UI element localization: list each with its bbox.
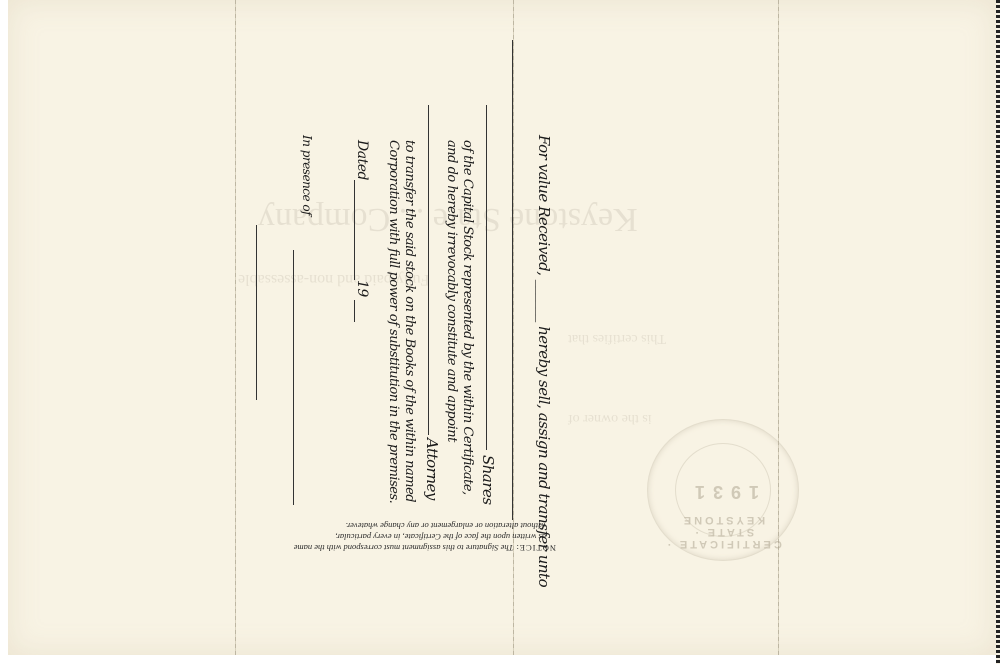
presence-label: In presence of <box>300 135 314 215</box>
show-through-line-c: is the owner of <box>568 410 652 426</box>
year-line <box>354 300 355 322</box>
perforated-right-edge <box>996 0 1000 664</box>
notice-line-3: without alteration or enlargement or any… <box>266 520 556 531</box>
witness-signature-line <box>293 250 294 505</box>
notice-label: NOTICE: <box>515 543 556 553</box>
fold-line-left <box>235 0 236 655</box>
notice-line-1: The Signature to this assignment must co… <box>294 543 514 553</box>
year-prefix: 19 <box>354 280 370 297</box>
assignment-line-5: Corporation with full power of substitut… <box>386 140 401 503</box>
shares-label: Shares <box>479 455 497 505</box>
assignee-line <box>512 40 513 520</box>
dated-label: Dated <box>354 140 370 180</box>
show-through-line-b: This certifies that <box>568 330 666 346</box>
certificate-back-sheet: Keystone State ... Company Fully paid an… <box>8 0 996 655</box>
attorney-line <box>428 105 429 435</box>
assignor-signature-line <box>256 225 257 400</box>
assignment-line-4: to transfer the said stock on the Books … <box>402 140 417 502</box>
date-line <box>354 180 355 280</box>
notice-text: NOTICE: The Signature to this assignment… <box>266 520 556 553</box>
shares-line <box>486 105 487 450</box>
seal-date: 1931 <box>648 481 798 502</box>
fold-line-center <box>513 0 514 655</box>
scan-bottom-margin <box>0 655 1000 664</box>
fold-line-right <box>778 0 779 655</box>
attorney-label: Attorney <box>423 438 441 500</box>
assignment-line-2: of the Capital Stock represented by the … <box>460 140 475 495</box>
notice-line-2: as written upon the face of the Certific… <box>266 531 556 542</box>
embossed-notary-seal: CERTIFICATE · STATE · KEYSTONE 1931 <box>648 420 798 560</box>
assignment-line-3: and do hereby irrevocably constitute and… <box>444 140 459 442</box>
